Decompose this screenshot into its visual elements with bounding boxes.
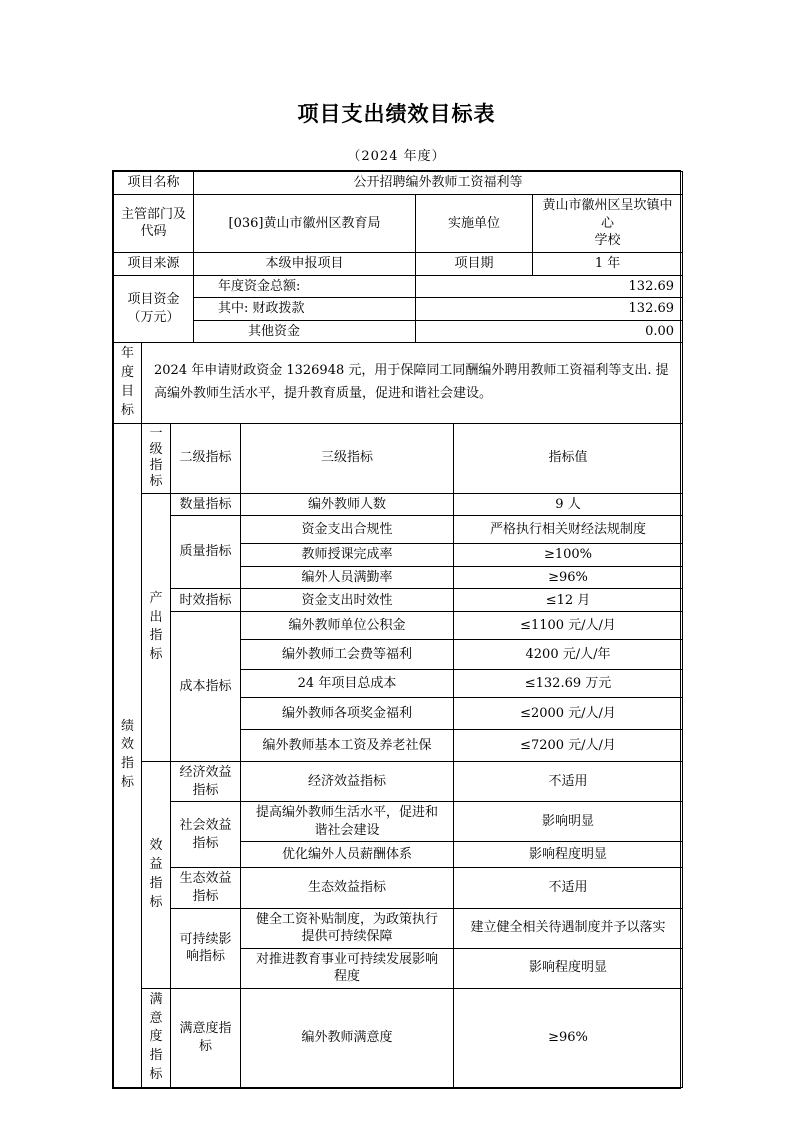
level3-indicator: 教师授课完成率 [241, 544, 454, 567]
level3-indicator: 编外人员满勤率 [241, 566, 454, 589]
table-row: 主管部门及 代码 [036]黄山市徽州区教育局 实施单位 黄山市徽州区呈坎镇中心… [114, 195, 683, 253]
indicator-value: 9 人 [454, 493, 683, 516]
level2-quantity: 数量指标 [171, 493, 241, 516]
performance-side-label: 绩效指标 [114, 423, 142, 1087]
indicator-row: 时效指标 资金支出时效性 ≤12 月 [114, 589, 683, 612]
indicator-row: 成本指标 编外教师单位公积金 ≤1100 元/人/月 [114, 612, 683, 640]
funds-total-value: 132.69 [416, 275, 683, 298]
level1-satisfaction: 满意度指标 [142, 988, 171, 1087]
level3-indicator: 资金支出合规性 [241, 516, 454, 544]
table-row: 绩效指标 一级指标 二级指标 三级指标 指标值 [114, 423, 683, 493]
level2-social: 社会效益指标 [171, 802, 241, 868]
header-level3: 三级指标 [241, 423, 454, 493]
source-label: 项目来源 [114, 252, 194, 275]
table-row: 年度目标 2024 年申请财政资金 1326948 元，用于保障同工同酬编外聘用… [114, 343, 683, 423]
table-row: 项目来源 本级申报项目 项目期 1 年 [114, 252, 683, 275]
level3-indicator: 优化编外人员薪酬体系 [241, 842, 454, 868]
indicator-value: 影响程度明显 [454, 842, 683, 868]
level3-indicator: 提高编外教师生活水平，促进和谐社会建设 [241, 802, 454, 842]
level3-indicator: 编外教师人数 [241, 493, 454, 516]
level3-indicator: 编外教师单位公积金 [241, 612, 454, 640]
period-value: 1 年 [533, 252, 683, 275]
form-table: 项目名称 公开招聘编外教师工资福利等 主管部门及 代码 [036]黄山市徽州区教… [112, 170, 681, 1089]
level2-economic: 经济效益指标 [171, 762, 241, 802]
funds-other-label: 其他资金 [194, 320, 416, 343]
department-value: [036]黄山市徽州区教育局 [194, 195, 416, 253]
level3-indicator: 经济效益指标 [241, 762, 454, 802]
indicator-value: ≤12 月 [454, 589, 683, 612]
level2-timeliness: 时效指标 [171, 589, 241, 612]
impl-unit-value: 黄山市徽州区呈坎镇中心 学校 [533, 195, 683, 253]
performance-indicators-table: 绩效指标 一级指标 二级指标 三级指标 指标值 产出指标 数量指标 编外教师人数… [113, 423, 683, 1088]
level2-sustainable: 可持续影响指标 [171, 908, 241, 988]
indicator-value: ≥96% [454, 988, 683, 1087]
indicator-row: 质量指标 资金支出合规性 严格执行相关财经法规制度 [114, 516, 683, 544]
indicator-row: 可持续影响指标 健全工资补贴制度，为政策执行提供可持续保障 建立健全相关待遇制度… [114, 908, 683, 948]
table-row: 其他资金 0.00 [114, 320, 683, 343]
page-subtitle: （2024 年度） [0, 145, 793, 164]
indicator-value: 影响明显 [454, 802, 683, 842]
table-row: 项目名称 公开招聘编外教师工资福利等 [114, 172, 683, 195]
indicator-value: ≤1100 元/人/月 [454, 612, 683, 640]
header-value: 指标值 [454, 423, 683, 493]
level3-indicator: 编外教师各项奖金福利 [241, 698, 454, 730]
level3-indicator: 编外教师工会费等福利 [241, 640, 454, 670]
department-label: 主管部门及 代码 [114, 195, 194, 253]
indicator-row: 效益指标 经济效益指标 经济效益指标 不适用 [114, 762, 683, 802]
document-page: 项目支出绩效目标表 （2024 年度） 项目名称 公开招聘编外教师工资福利等 主… [0, 0, 793, 1122]
indicator-value: 建立健全相关待遇制度并予以落实 [454, 908, 683, 948]
level1-benefit: 效益指标 [142, 762, 171, 988]
project-name-label: 项目名称 [114, 172, 194, 195]
period-label: 项目期 [416, 252, 533, 275]
header-level1: 一级指标 [142, 423, 171, 493]
table-row: 其中: 财政拨款 132.69 [114, 298, 683, 321]
indicator-value: 严格执行相关财经法规制度 [454, 516, 683, 544]
indicator-row: 社会效益指标 提高编外教师生活水平，促进和谐社会建设 影响明显 [114, 802, 683, 842]
indicator-value: 影响程度明显 [454, 948, 683, 988]
level2-quality: 质量指标 [171, 516, 241, 589]
header-level2: 二级指标 [171, 423, 241, 493]
level3-indicator: 健全工资补贴制度，为政策执行提供可持续保障 [241, 908, 454, 948]
project-name-value: 公开招聘编外教师工资福利等 [194, 172, 683, 195]
table-row: 项目资金 （万元） 年度资金总额: 132.69 [114, 275, 683, 298]
indicator-value: ≥96% [454, 566, 683, 589]
indicator-value: ≤132.69 万元 [454, 670, 683, 698]
level3-indicator: 编外教师满意度 [241, 988, 454, 1087]
indicator-value: 不适用 [454, 868, 683, 908]
funds-fiscal-label: 其中: 财政拨款 [194, 298, 416, 321]
indicator-value: ≤2000 元/人/月 [454, 698, 683, 730]
indicator-row: 产出指标 数量指标 编外教师人数 9 人 [114, 493, 683, 516]
indicator-value: ≤7200 元/人/月 [454, 730, 683, 762]
level2-satisfaction: 满意度指 标 [171, 988, 241, 1087]
level2-ecological: 生态效益指标 [171, 868, 241, 908]
indicator-value: ≥100% [454, 544, 683, 567]
project-info-table: 项目名称 公开招聘编外教师工资福利等 主管部门及 代码 [036]黄山市徽州区教… [113, 171, 683, 343]
annual-goal-table: 年度目标 2024 年申请财政资金 1326948 元，用于保障同工同酬编外聘用… [113, 342, 683, 423]
indicator-row: 满意度指标 满意度指 标 编外教师满意度 ≥96% [114, 988, 683, 1087]
level3-indicator: 生态效益指标 [241, 868, 454, 908]
funds-fiscal-value: 132.69 [416, 298, 683, 321]
level3-indicator: 资金支出时效性 [241, 589, 454, 612]
level1-output: 产出指标 [142, 493, 171, 762]
indicator-row: 生态效益指标 生态效益指标 不适用 [114, 868, 683, 908]
annual-goal-label: 年度目标 [114, 343, 142, 423]
funds-other-value: 0.00 [416, 320, 683, 343]
funds-total-label: 年度资金总额: [194, 275, 416, 298]
page-title: 项目支出绩效目标表 [0, 98, 793, 128]
indicator-value: 不适用 [454, 762, 683, 802]
impl-unit-label: 实施单位 [416, 195, 533, 253]
annual-goal-text: 2024 年申请财政资金 1326948 元，用于保障同工同酬编外聘用教师工资福… [142, 343, 683, 423]
level3-indicator: 24 年项目总成本 [241, 670, 454, 698]
indicator-value: 4200 元/人/年 [454, 640, 683, 670]
level3-indicator: 对推进教育事业可持续发展影响程度 [241, 948, 454, 988]
level2-cost: 成本指标 [171, 612, 241, 762]
level3-indicator: 编外教师基本工资及养老社保 [241, 730, 454, 762]
source-value: 本级申报项目 [194, 252, 416, 275]
funds-label: 项目资金 （万元） [114, 275, 194, 343]
